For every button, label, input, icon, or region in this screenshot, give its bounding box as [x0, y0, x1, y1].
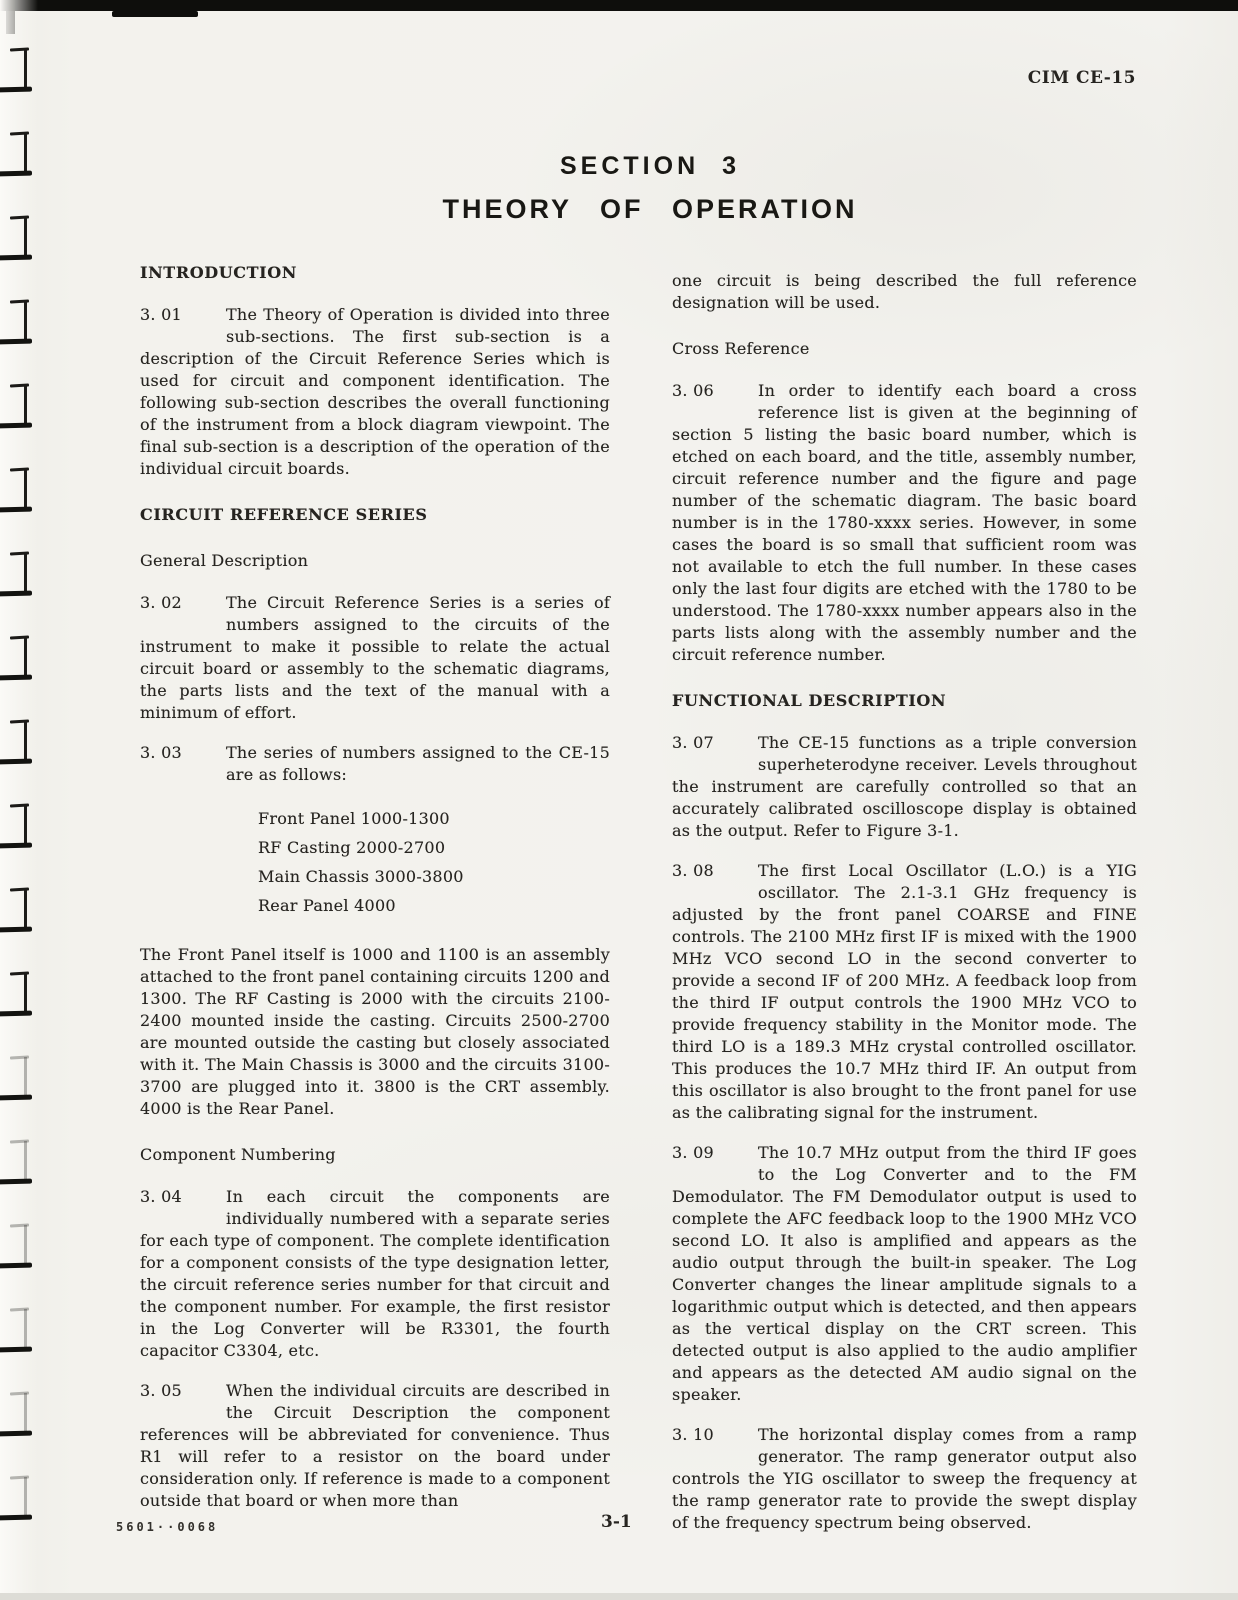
- binding-mark-stroke: [24, 49, 27, 91]
- series-list-item: Rear Panel 4000: [258, 891, 610, 920]
- binding-mark-stroke: [0, 423, 32, 429]
- paragraph-3-07: 3. 07 The CE-15 functions as a triple co…: [672, 732, 1137, 842]
- binding-mark-stroke: [0, 1515, 32, 1521]
- paragraph-number: 3. 03: [140, 742, 182, 764]
- binding-mark: [0, 1392, 30, 1436]
- heading-functional-description: FUNCTIONAL DESCRIPTION: [672, 690, 1137, 712]
- section-number-title: SECTION 3: [140, 152, 1160, 181]
- paragraph-body: The series of numbers assigned to the CE…: [140, 742, 610, 786]
- series-list-item: Main Chassis 3000-3800: [258, 862, 610, 891]
- paragraph-continuation: one circuit is being described the full …: [672, 270, 1137, 314]
- binding-mark: [0, 384, 30, 428]
- binding-mark-stroke: [24, 385, 27, 427]
- paragraph-3-09: 3. 09 The 10.7 MHz output from the third…: [672, 1142, 1137, 1406]
- binding-mark-stroke: [24, 301, 27, 343]
- paragraph-number: 3. 04: [140, 1186, 182, 1208]
- subheading-general-description: General Description: [140, 550, 610, 572]
- manual-page: CIM CE-15 SECTION 3 THEORY OF OPERATION …: [0, 0, 1238, 1600]
- binding-mark-stroke: [0, 1263, 32, 1269]
- paragraph-body: The horizontal display comes from a ramp…: [672, 1424, 1137, 1534]
- binding-mark-stroke: [0, 675, 32, 681]
- paragraph-front-panel: The Front Panel itself is 1000 and 1100 …: [140, 944, 610, 1120]
- scan-top-bar: [0, 0, 1238, 11]
- paragraph-text: The Front Panel itself is 1000 and 1100 …: [140, 945, 610, 1118]
- paragraph-body: The CE-15 functions as a triple conversi…: [672, 732, 1137, 842]
- binding-mark-stroke: [24, 469, 27, 511]
- paragraph-number: 3. 01: [140, 304, 182, 326]
- binding-mark: [0, 1308, 30, 1352]
- paragraph-body: In each circuit the components are indiv…: [140, 1186, 610, 1362]
- page-number: 3-1: [601, 1512, 632, 1532]
- binding-mark: [0, 1056, 30, 1100]
- right-column: one circuit is being described the full …: [672, 270, 1137, 1552]
- subheading-cross-reference: Cross Reference: [672, 338, 1137, 360]
- binding-mark-stroke: [0, 591, 32, 597]
- series-list-item: Front Panel 1000-1300: [258, 804, 610, 833]
- binding-mark-stroke: [0, 1179, 32, 1185]
- binding-mark-stroke: [24, 1309, 27, 1351]
- binding-mark-stroke: [24, 553, 27, 595]
- binding-mark-stroke: [24, 721, 27, 763]
- binding-mark-stroke: [24, 133, 27, 175]
- paragraph-3-08: 3. 08 The first Local Oscillator (L.O.) …: [672, 860, 1137, 1124]
- paragraph-text: The series of numbers assigned to the CE…: [226, 743, 610, 784]
- paragraph-3-05: 3. 05 When the individual circuits are d…: [140, 1380, 610, 1512]
- binding-mark-stroke: [24, 889, 27, 931]
- paragraph-number: 3. 10: [672, 1424, 714, 1446]
- paragraph-3-06: 3. 06 In order to identify each board a …: [672, 380, 1137, 666]
- binding-mark-stroke: [0, 1011, 32, 1017]
- scan-bottom-edge: [0, 1593, 1238, 1600]
- binding-mark-stroke: [0, 171, 32, 177]
- paragraph-body: The 10.7 MHz output from the third IF go…: [672, 1142, 1137, 1406]
- paragraph-3-04: 3. 04 In each circuit the components are…: [140, 1186, 610, 1362]
- binding-mark-stroke: [0, 927, 32, 933]
- binding-mark-stroke: [24, 637, 27, 679]
- binding-mark: [0, 972, 30, 1016]
- section-subtitle: THEORY OF OPERATION: [140, 194, 1160, 225]
- binding-mark: [0, 216, 30, 260]
- binding-mark: [0, 48, 30, 92]
- paragraph-body: In order to identify each board a cross …: [672, 380, 1137, 666]
- binding-mark: [0, 1224, 30, 1268]
- binding-mark-stroke: [0, 1431, 32, 1437]
- footer-print-code: 5601··0068: [116, 1520, 218, 1534]
- paragraph-3-03: 3. 03 The series of numbers assigned to …: [140, 742, 610, 786]
- binding-mark-stroke: [24, 217, 27, 259]
- paragraph-number: 3. 06: [672, 380, 714, 402]
- binding-mark: [0, 132, 30, 176]
- paragraph-3-02: 3. 02 The Circuit Reference Series is a …: [140, 592, 610, 724]
- binding-mark-stroke: [24, 1225, 27, 1267]
- binding-mark-stroke: [24, 1141, 27, 1183]
- paragraph-body: When the individual circuits are describ…: [140, 1380, 610, 1512]
- binding-mark-stroke: [0, 87, 32, 93]
- heading-introduction: INTRODUCTION: [140, 262, 610, 284]
- binding-mark-stroke: [0, 507, 32, 513]
- paragraph-text: In order to identify each board a cross …: [672, 381, 1137, 664]
- paragraph-body: one circuit is being described the full …: [672, 270, 1137, 314]
- paragraph-body: The Front Panel itself is 1000 and 1100 …: [140, 944, 610, 1120]
- paragraph-number: 3. 07: [672, 732, 714, 754]
- binding-mark: [0, 1140, 30, 1184]
- binding-mark: [0, 300, 30, 344]
- binding-mark-stroke: [0, 1095, 32, 1101]
- subheading-component-numbering: Component Numbering: [140, 1144, 610, 1166]
- paragraph-3-01: 3. 01 The Theory of Operation is divided…: [140, 304, 610, 480]
- binding-mark-stroke: [0, 759, 32, 765]
- paragraph-body: The first Local Oscillator (L.O.) is a Y…: [672, 860, 1137, 1124]
- binding-mark-stroke: [24, 1477, 27, 1519]
- paragraph-number: 3. 05: [140, 1380, 182, 1402]
- section-heading: SECTION 3 THEORY OF OPERATION: [140, 152, 1160, 225]
- binding-mark-stroke: [0, 255, 32, 261]
- left-column: INTRODUCTION 3. 01 The Theory of Operati…: [140, 262, 610, 1530]
- binding-mark-stroke: [24, 805, 27, 847]
- circuit-series-list: Front Panel 1000-1300 RF Casting 2000-27…: [258, 804, 610, 920]
- paragraph-number: 3. 02: [140, 592, 182, 614]
- binding-mark: [0, 804, 30, 848]
- heading-circuit-reference-series: CIRCUIT REFERENCE SERIES: [140, 504, 610, 526]
- binding-mark: [0, 1476, 30, 1520]
- paragraph-3-10: 3. 10 The horizontal display comes from …: [672, 1424, 1137, 1534]
- binding-mark-stroke: [0, 1347, 32, 1353]
- series-list-item: RF Casting 2000-2700: [258, 833, 610, 862]
- binding-mark: [0, 636, 30, 680]
- binding-mark: [0, 888, 30, 932]
- scan-top-bar-fragment: [112, 11, 198, 17]
- binding-mark-stroke: [24, 1393, 27, 1435]
- binding-mark-stroke: [0, 843, 32, 849]
- binding-mark-stroke: [24, 1057, 27, 1099]
- binding-mark: [0, 552, 30, 596]
- doc-reference: CIM CE-15: [1028, 68, 1136, 88]
- binding-mark-stroke: [0, 339, 32, 345]
- binding-mark: [0, 468, 30, 512]
- binding-mark-stroke: [24, 973, 27, 1015]
- binding-mark: [0, 720, 30, 764]
- paragraph-body: The Circuit Reference Series is a series…: [140, 592, 610, 724]
- paragraph-body: The Theory of Operation is divided into …: [140, 304, 610, 480]
- paragraph-number: 3. 09: [672, 1142, 714, 1164]
- paragraph-text: one circuit is being described the full …: [672, 271, 1137, 312]
- paragraph-number: 3. 08: [672, 860, 714, 882]
